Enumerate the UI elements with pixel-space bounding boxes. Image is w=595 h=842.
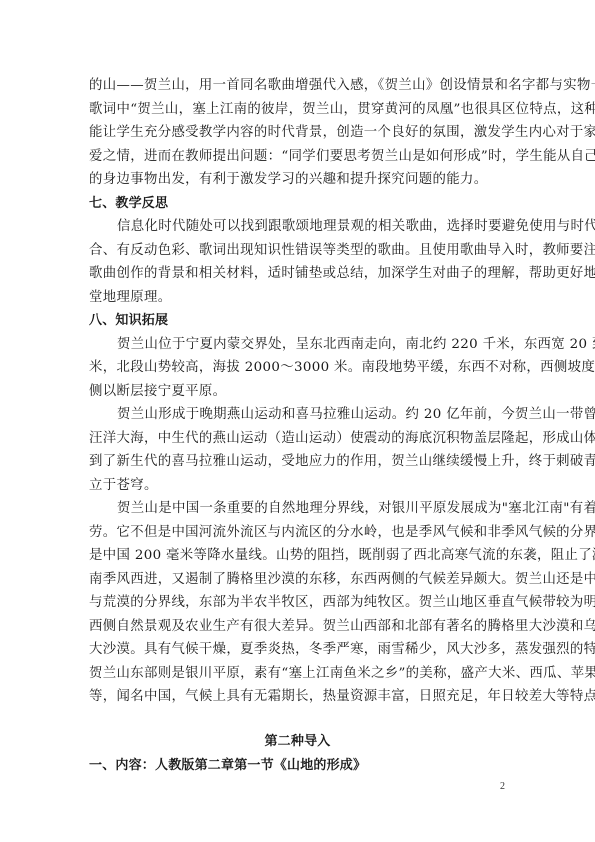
document-page: 的山——贺兰山，用一首同名歌曲增强代入感，《贺兰山》创设情景和名字都与实物一致，… xyxy=(0,0,595,842)
section-heading-content: 一、内容：人教版第二章第一节《山地的形成》 xyxy=(89,758,509,774)
paragraph-line: 劳。它不但是中国河流外流区与内流区的分水岭，也是季风气候和非季风气候的分界线，也 xyxy=(89,525,509,541)
paragraph-line: 堂地理原理。 xyxy=(89,290,509,306)
paragraph-line: 西侧自然景观及农业生产有很大差异。贺兰山西部和北部有著名的腾格里大沙漠和乌兰布和 xyxy=(89,619,509,635)
paragraph-line: 合、有反动色彩、歌词出现知识性错误等类型的歌曲。且使用歌曲导入时，教师要注意收集 xyxy=(89,243,509,259)
paragraph-line: 歌词中“贺兰山，塞上江南的彼岸，贺兰山，贯穿黄河的凤凰”也很具区位特点，这种导入 xyxy=(89,102,509,118)
paragraph-line: 是中国 200 毫米等降水量线。山势的阻挡，既削弱了西北高寒气流的东袭，阻止了潮… xyxy=(89,548,509,564)
paragraph-line: 爱之情，进而在教师提出问题：“同学们要思考贺兰山是如何形成”时，学生能从自己熟悉 xyxy=(89,149,509,165)
paragraph-line: 等，闻名中国，气候上具有无霜期长，热量资源丰富，日照充足，年日较差大等特点。 xyxy=(89,689,509,705)
paragraph-line: 南季风西进，又遏制了腾格里沙漠的东移，东西两侧的气候差异颇大。贺兰山还是中国草原 xyxy=(89,572,509,588)
section-heading-knowledge-extension: 八、知识拓展 xyxy=(89,313,509,329)
paragraph-line: 到了新生代的喜马拉雅山运动，受地应力的作用，贺兰山继续缓慢上升，终于刺破青天，屹 xyxy=(89,454,509,470)
paragraph-line: 信息化时代随处可以找到跟歌颂地理景观的相关歌曲，选择时要避免使用与时代不吻 xyxy=(117,219,509,235)
paragraph-line: 立于苍穹。 xyxy=(89,478,509,494)
paragraph-line: 汪洋大海，中生代的燕山运动（造山运动）使震动的海底沉积物盖层隆起，形成山体雏形； xyxy=(89,431,509,447)
paragraph-line: 的身边事物出发，有利于激发学习的兴趣和提升探究问题的能力。 xyxy=(89,172,509,188)
paragraph-line: 大沙漠。具有气候干燥，夏季炎热，冬季严寒，雨雪稀少，风大沙多，蒸发强烈的特点；而 xyxy=(89,642,509,658)
paragraph-line: 米，北段山势较高，海拔 2000～3000 米。南段地势平缓，东西不对称，西侧坡… xyxy=(89,360,509,376)
paragraph-line: 贺兰山是中国一条重要的自然地理分界线，对银川平原发展成为"塞北江南"有着显赫功 xyxy=(117,501,509,517)
paragraph-line: 侧以断层接宁夏平原。 xyxy=(89,384,509,400)
paragraph-line: 能让学生充分感受教学内容的时代背景，创造一个良好的氛围，激发学生内心对于家乡的热 xyxy=(89,125,509,141)
paragraph-line: 的山——贺兰山，用一首同名歌曲增强代入感，《贺兰山》创设情景和名字都与实物一致， xyxy=(89,78,509,94)
paragraph-line: 歌曲创作的背景和相关材料，适时铺垫或总结，加深学生对曲子的理解，帮助更好地解读课 xyxy=(89,266,509,282)
paragraph-line: 贺兰山东部则是银川平原，素有“塞上江南鱼米之乡”的美称，盛产大米、西瓜、苹果、枸… xyxy=(89,666,509,682)
paragraph-line: 贺兰山形成于晚期燕山运动和喜马拉雅山运动。约 20 亿年前，今贺兰山一带曾是一片 xyxy=(117,407,509,423)
subsection-title: 第二种导入 xyxy=(0,734,595,750)
paragraph-line: 与荒漠的分界线，东部为半农半牧区，西部为纯牧区。贺兰山地区垂直气候带较为明显，东 xyxy=(89,595,509,611)
section-heading-teaching-reflection: 七、教学反思 xyxy=(89,196,509,212)
paragraph-line: 贺兰山位于宁夏内蒙交界处，呈东北西南走向，南北约 220 千米，东西宽 20 到… xyxy=(117,337,509,353)
page-number: 2 xyxy=(500,781,505,792)
